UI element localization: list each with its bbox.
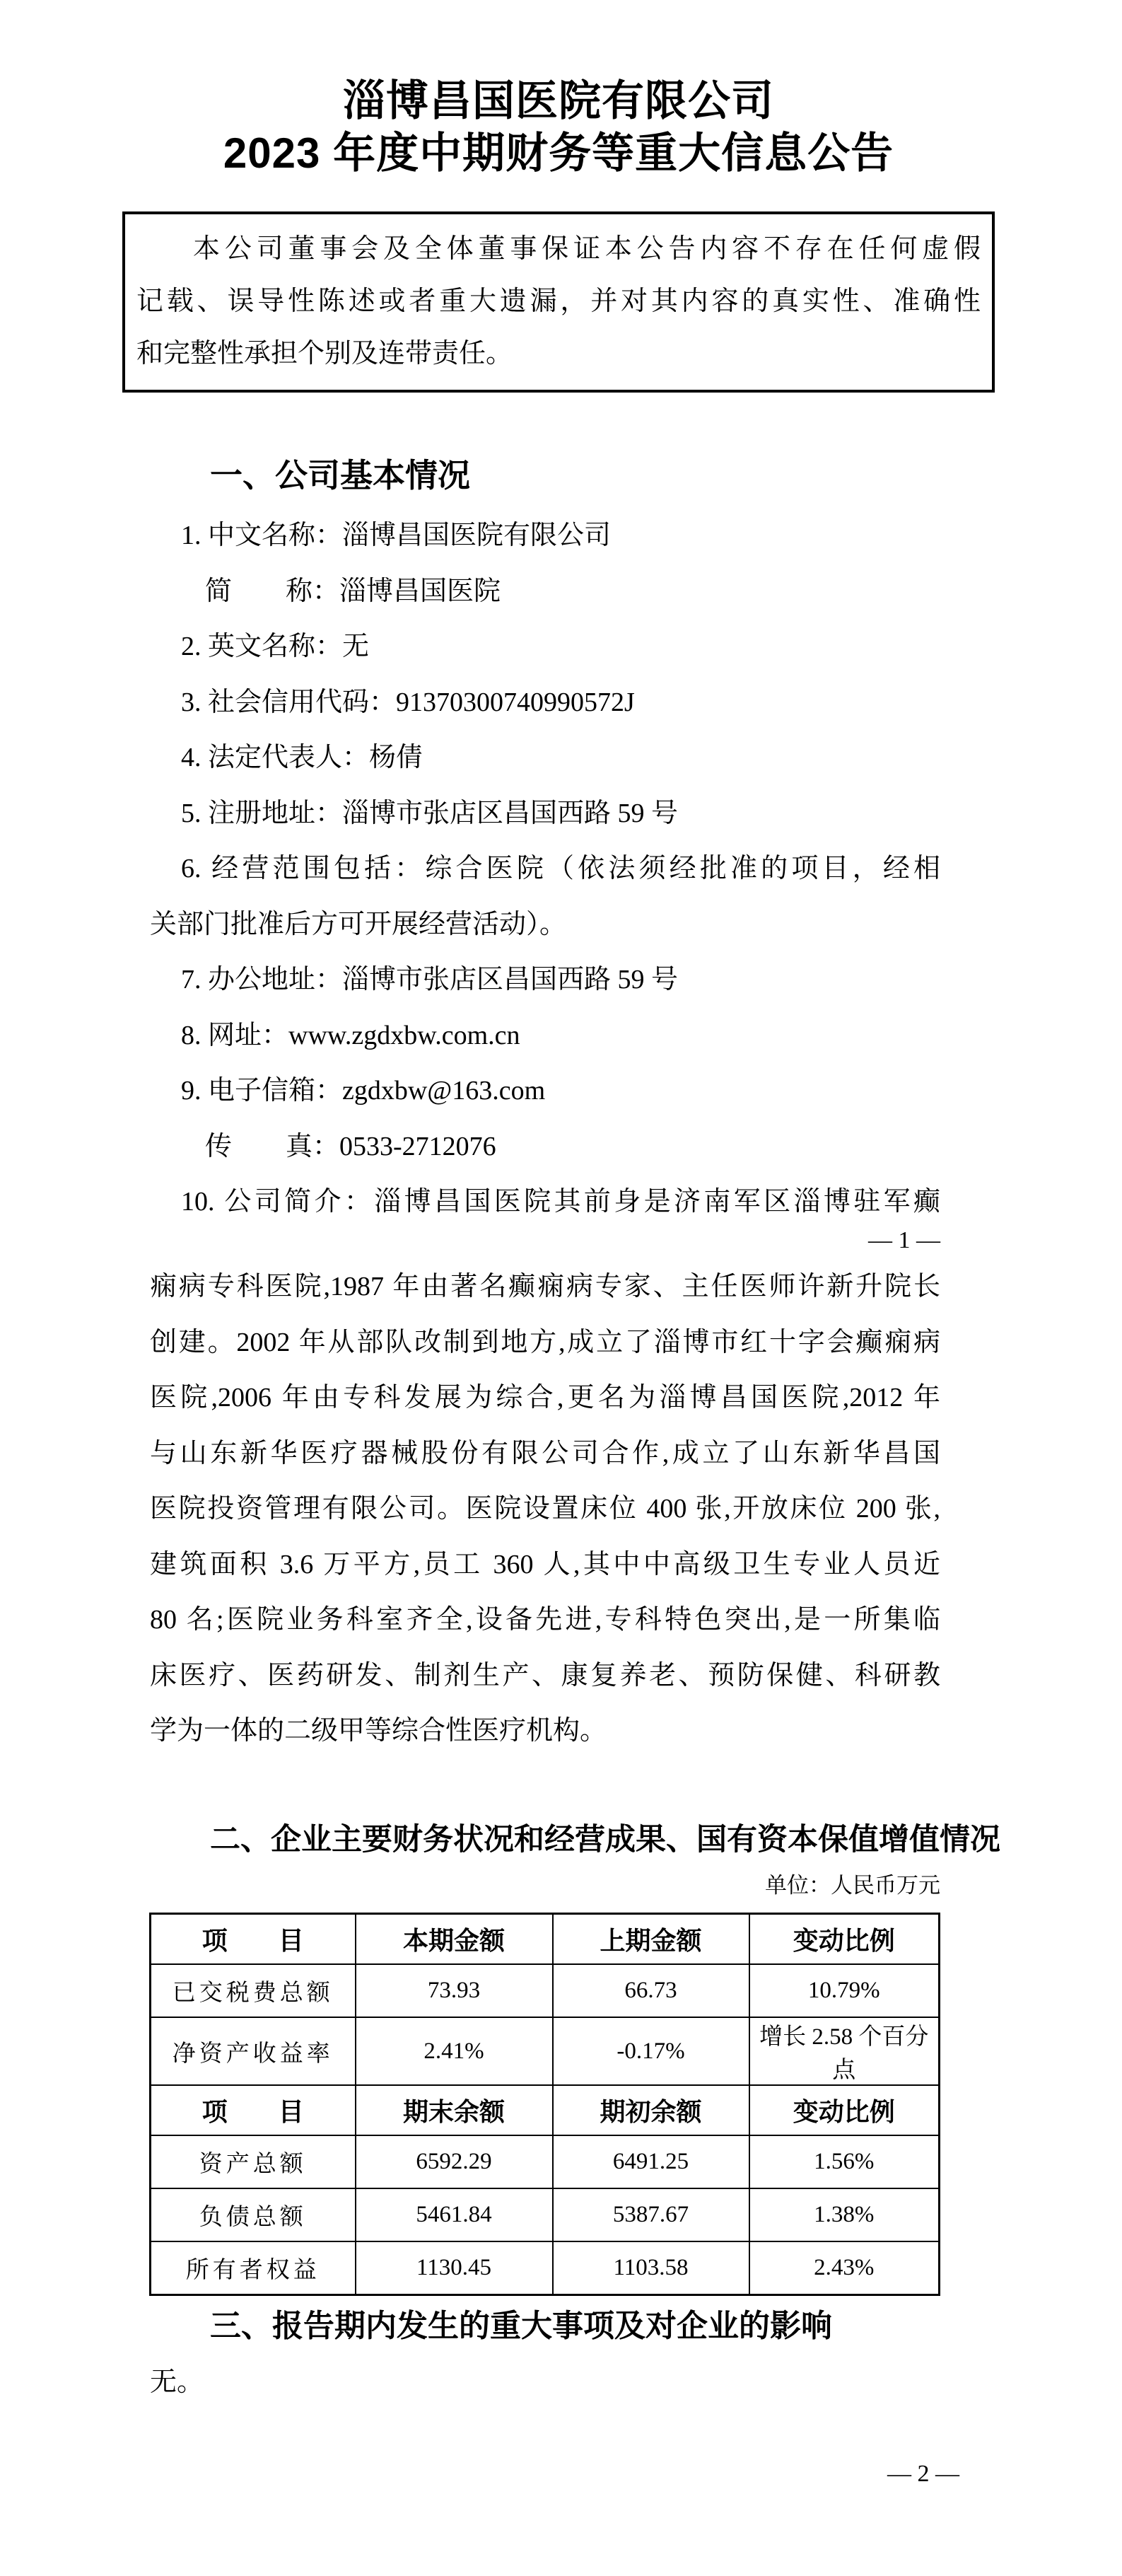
item-website: 8. 网址：www.zgdxbw.com.cn	[150, 1008, 940, 1064]
col-change: 变动比例	[749, 1914, 940, 1965]
table-row: 资产总额 6592.29 6491.25 1.56%	[151, 2135, 940, 2188]
table-row: 净资产收益率 2.41% -0.17% 增长 2.58 个百分点	[151, 2017, 940, 2085]
section2-heading: 二、企业主要财务状况和经营成果、国有资本保值增值情况	[210, 1818, 996, 1862]
item-credit-code: 3. 社会信用代码：91370300740990572J	[150, 675, 940, 731]
disclaimer-line: 记载、误导性陈述或者重大遗漏，并对其内容的真实性、准确性	[136, 275, 981, 327]
section1-heading: 一、公司基本情况	[210, 453, 470, 498]
row-tax-previous: 66.73	[553, 1964, 749, 2017]
row-tax-change: 10.79%	[749, 1964, 940, 2017]
item-office-address: 7. 办公地址：淄博市张店区昌国西路 59 号	[150, 952, 940, 1008]
row-equity-beginning: 1103.58	[553, 2241, 749, 2295]
table-row: 负债总额 5461.84 5387.67 1.38%	[151, 2188, 940, 2241]
row-tax-current: 73.93	[356, 1964, 553, 2017]
col-beginning: 期初余额	[553, 2085, 749, 2135]
row-roe-label: 净资产收益率	[151, 2017, 356, 2085]
row-assets-label: 资产总额	[151, 2135, 356, 2188]
item-profile-start: 10. 公司简介：淄博昌国医院其前身是济南军区淄博驻军癫	[150, 1174, 940, 1230]
profile-line: 创建。2002 年从部队改制到地方,成立了淄博市红十字会癫痫病	[150, 1315, 940, 1371]
row-equity-ending: 1130.45	[356, 2241, 553, 2295]
item-business-scope: 6. 经营范围包括：综合医院（依法须经批准的项目，经相	[150, 841, 940, 897]
disclaimer-line: 和完整性承担个别及连带责任。	[136, 327, 981, 380]
row-liabilities-beginning: 5387.67	[553, 2188, 749, 2241]
col-previous: 上期金额	[553, 1914, 749, 1965]
table-row: 已交税费总额 73.93 66.73 10.79%	[151, 1964, 940, 2017]
row-equity-change: 2.43%	[749, 2241, 940, 2295]
col-current: 本期金额	[356, 1914, 553, 1965]
section1-items: 1. 中文名称：淄博昌国医院有限公司 简 称：淄博昌国医院 2. 英文名称：无 …	[150, 508, 940, 1230]
col-item: 项 目	[151, 1914, 356, 1965]
row-assets-ending: 6592.29	[356, 2135, 553, 2188]
row-assets-change: 1.56%	[749, 2135, 940, 2188]
item-legal-rep: 4. 法定代表人：杨倩	[150, 730, 940, 786]
item-chinese-name: 1. 中文名称：淄博昌国医院有限公司	[150, 508, 940, 564]
row-liabilities-ending: 5461.84	[356, 2188, 553, 2241]
row-roe-current: 2.41%	[356, 2017, 553, 2085]
section3-body: 无。	[150, 2368, 204, 2396]
item-short-name: 简 称：淄博昌国医院	[150, 564, 940, 620]
profile-line: 痫病专科医院,1987 年由著名癫痫病专家、主任医师许新升院长	[150, 1259, 940, 1315]
row-assets-beginning: 6491.25	[553, 2135, 749, 2188]
disclaimer-line: 本公司董事会及全体董事保证本公告内容不存在任何虚假	[136, 223, 981, 275]
row-liabilities-label: 负债总额	[151, 2188, 356, 2241]
page-number-1: — 1 —	[150, 1226, 940, 1255]
table-unit-note: 单位：人民币万元	[150, 1873, 940, 1898]
profile-line: 80 名;医院业务科室齐全,设备先进,专科特色突出,是一所集临	[150, 1592, 940, 1648]
profile-line: 床医疗、医药研发、制剂生产、康复养老、预防保健、科研教	[150, 1648, 940, 1704]
document-page: 淄博昌国医院有限公司 2023 年度中期财务等重大信息公告 本公司董事会及全体董…	[0, 0, 1122, 2576]
disclaimer-box: 本公司董事会及全体董事保证本公告内容不存在任何虚假 记载、误导性陈述或者重大遗漏…	[122, 211, 995, 393]
doc-title-line2: 2023 年度中期财务等重大信息公告	[122, 127, 995, 180]
page-number-2: — 2 —	[150, 2460, 959, 2488]
item-business-scope-wrap: 关部门批准后方可开展经营活动）。	[150, 897, 940, 953]
row-roe-previous: -0.17%	[553, 2017, 749, 2085]
company-profile-paragraph: 痫病专科医院,1987 年由著名癫痫病专家、主任医师许新升院长 创建。2002 …	[150, 1259, 940, 1759]
profile-line: 医院,2006 年由专科发展为综合,更名为淄博昌国医院,2012 年	[150, 1370, 940, 1426]
item-email: 9. 电子信箱：zgdxbw@163.com	[150, 1063, 940, 1119]
table-row: 所有者权益 1130.45 1103.58 2.43%	[151, 2241, 940, 2295]
profile-line: 医院投资管理有限公司。医院设置床位 400 张,开放床位 200 张,	[150, 1481, 940, 1537]
section3-heading: 三、报告期内发生的重大事项及对企业的影响	[210, 2304, 832, 2348]
table-header-row: 项 目 本期金额 上期金额 变动比例	[151, 1914, 940, 1965]
row-tax-label: 已交税费总额	[151, 1964, 356, 2017]
item-reg-address: 5. 注册地址：淄博市张店区昌国西路 59 号	[150, 786, 940, 842]
profile-line: 建筑面积 3.6 万平方,员工 360 人,其中中高级卫生专业人员近	[150, 1537, 940, 1593]
doc-title-line1: 淄博昌国医院有限公司	[122, 75, 995, 127]
col-change: 变动比例	[749, 2085, 940, 2135]
profile-line: 学为一体的二级甲等综合性医疗机构。	[150, 1703, 940, 1759]
financial-table: 项 目 本期金额 上期金额 变动比例 已交税费总额 73.93 66.73 10…	[149, 1913, 940, 2296]
row-equity-label: 所有者权益	[151, 2241, 356, 2295]
item-fax: 传 真：0533-2712076	[150, 1119, 940, 1175]
profile-line: 与山东新华医疗器械股份有限公司合作,成立了山东新华昌国	[150, 1426, 940, 1482]
item-english-name: 2. 英文名称：无	[150, 619, 940, 675]
table-header-row: 项 目 期末余额 期初余额 变动比例	[151, 2085, 940, 2135]
row-roe-change: 增长 2.58 个百分点	[749, 2017, 940, 2085]
row-liabilities-change: 1.38%	[749, 2188, 940, 2241]
col-ending: 期末余额	[356, 2085, 553, 2135]
col-item: 项 目	[151, 2085, 356, 2135]
